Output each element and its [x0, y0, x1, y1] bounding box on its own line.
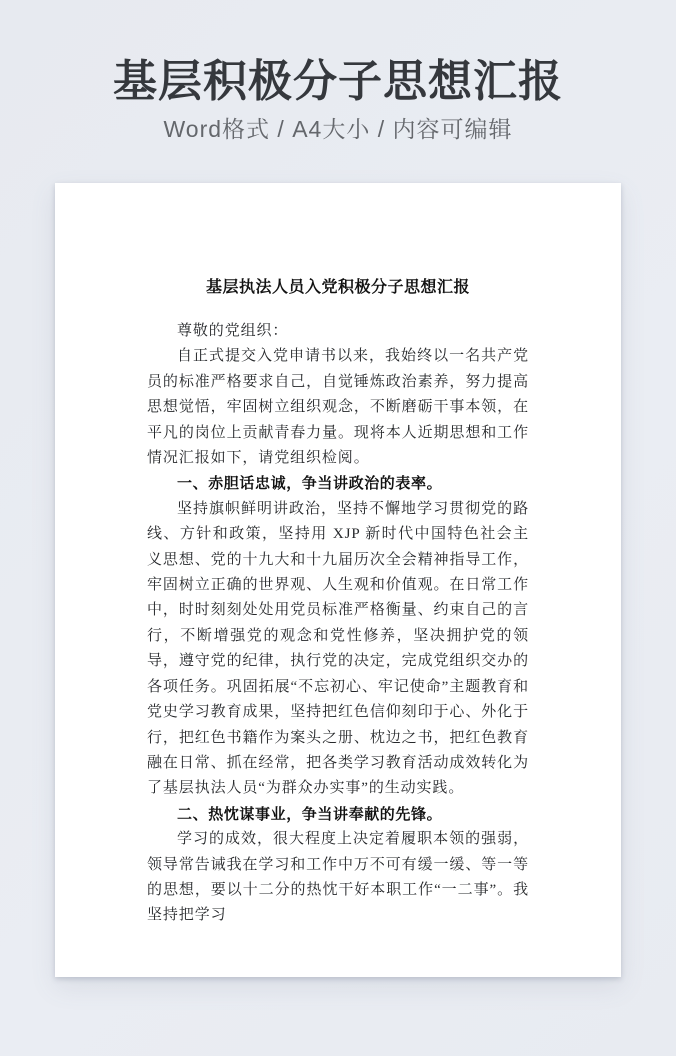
document-section-heading-1: 一、赤胆话忠诚，争当讲政治的表率。: [147, 471, 529, 496]
template-preview-canvas: 基层积极分子思想汇报 Word格式 / A4大小 / 内容可编辑 基层执法人员入…: [0, 0, 676, 1056]
page-title: 基层积极分子思想汇报: [0, 57, 676, 106]
document-paragraph-section-2: 学习的成效，很大程度上决定着履职本领的强弱，领导常告诫我在学习和工作中万不可有缓…: [147, 827, 529, 929]
page-subtitle: Word格式 / A4大小 / 内容可编辑: [0, 115, 676, 144]
document-preview-page: 基层执法人员入党积极分子思想汇报 尊敬的党组织： 自正式提交入党申请书以来，我始…: [55, 183, 621, 977]
document-paragraph-section-1: 坚持旗帜鲜明讲政治，坚持不懈地学习贯彻党的路线、方针和政策，坚持用 XJP 新时…: [147, 497, 529, 802]
document-paragraph-intro: 自正式提交入党申请书以来，我始终以一名共产党员的标准严格要求自己，自觉锤炼政治素…: [147, 344, 529, 471]
document-body: 尊敬的党组织： 自正式提交入党申请书以来，我始终以一名共产党员的标准严格要求自己…: [147, 319, 529, 929]
document-section-heading-2: 二、热忱谋事业，争当讲奉献的先锋。: [147, 802, 529, 827]
document-title: 基层执法人员入党积极分子思想汇报: [147, 279, 529, 297]
page-header: 基层积极分子思想汇报 Word格式 / A4大小 / 内容可编辑: [0, 0, 676, 183]
document-salutation: 尊敬的党组织：: [147, 319, 529, 344]
